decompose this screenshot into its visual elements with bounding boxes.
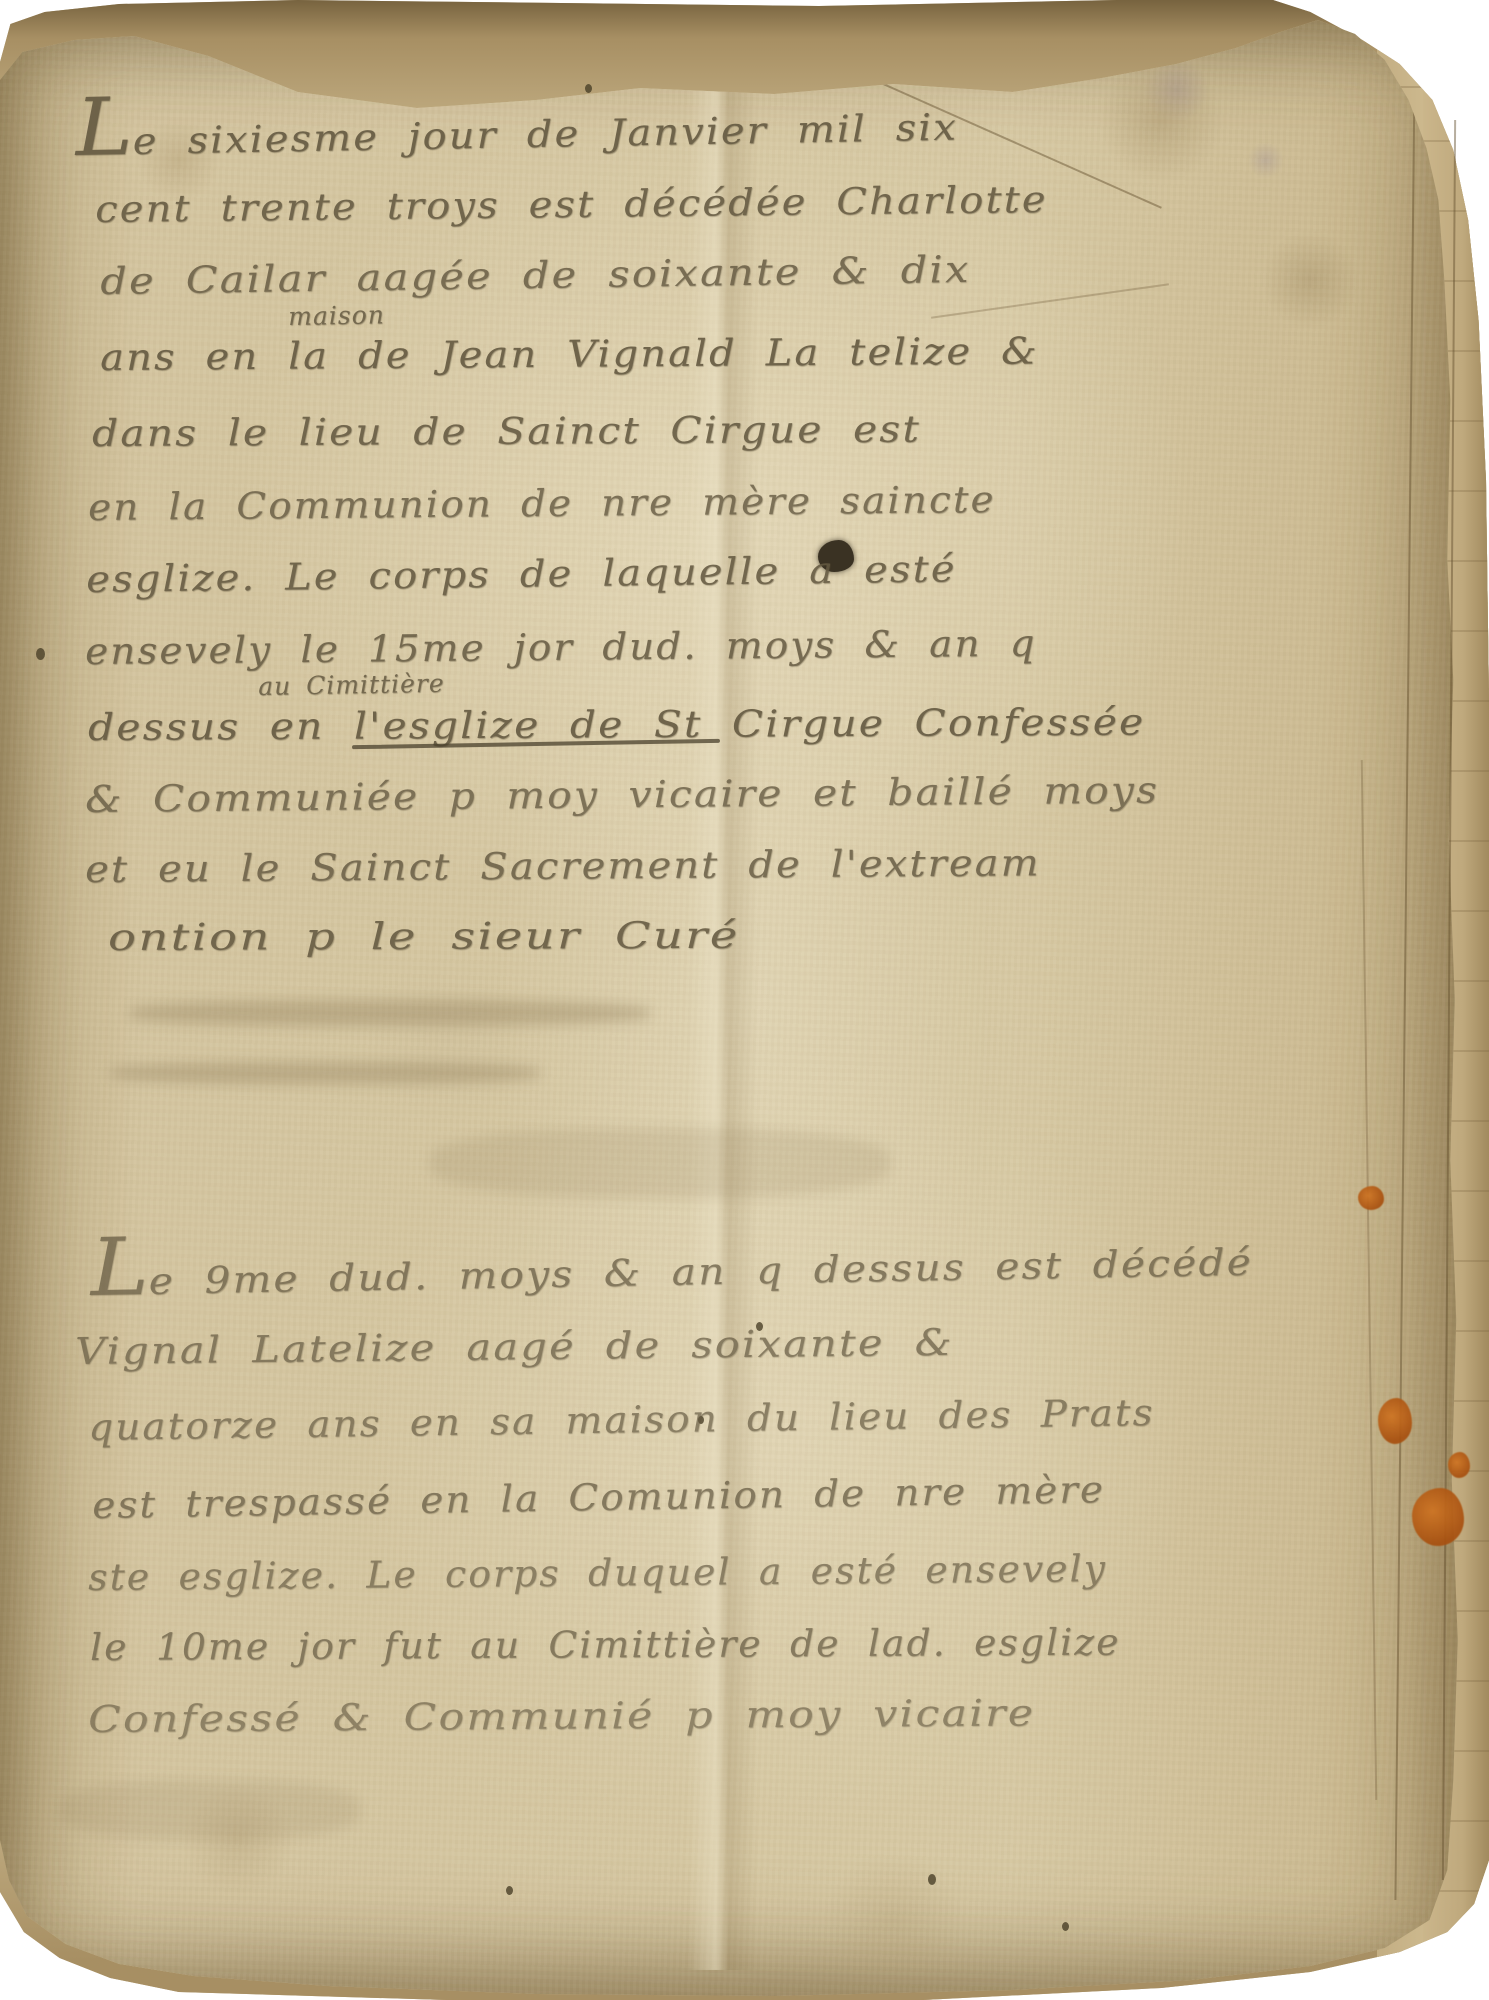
- manuscript-line: et eu le Sainct Sacrement de l'extream: [85, 841, 1041, 891]
- manuscript-scan: Le sixiesme jour de Janvier mil six cent…: [0, 0, 1489, 2000]
- manuscript-line: Le sixiesme jour de Janvier mil six: [75, 85, 958, 164]
- manuscript-line: Vignal Latelize aagé de soixante &: [75, 1321, 954, 1373]
- manuscript-line: dans le lieu de Sainct Cirgue est: [92, 408, 921, 455]
- manuscript-line: ans en la de Jean Vignald La telize &: [100, 329, 1039, 379]
- interlinear-insertion: maison: [288, 300, 385, 331]
- manuscript-line: ontion p le sieur Curé: [108, 914, 740, 959]
- manuscript-line: cent trente troys est décédée Charlotte: [95, 178, 1048, 231]
- manuscript-line: de Cailar aagée de soixante & dix: [100, 248, 971, 303]
- manuscript-line: Confessé & Communié p moy vicaire: [88, 1691, 1035, 1741]
- handwriting-layer: Le sixiesme jour de Janvier mil six cent…: [0, 0, 1489, 2000]
- manuscript-line: est trespassé en la Comunion de nre mère: [92, 1468, 1105, 1527]
- manuscript-line: ensevely le 15me jor dud. moys & an q: [85, 622, 1037, 673]
- manuscript-line: Le 9me dud. moys & an q dessus est décéd…: [90, 1220, 1253, 1304]
- manuscript-line: en la Communion de nre mère saincte: [88, 478, 996, 529]
- manuscript-line: quatorze ans en sa maison du lieu des Pr…: [88, 1391, 1155, 1449]
- manuscript-line: esglize. Le corps de laquelle a esté: [86, 547, 957, 601]
- manuscript-line: le 10me jor fut au Cimittière de lad. es…: [90, 1621, 1121, 1669]
- manuscript-line: ste esglize. Le corps duquel a esté ense…: [88, 1547, 1107, 1599]
- interlinear-insertion: au Cimittière: [258, 669, 445, 701]
- manuscript-line: & Communiée p moy vicaire et baillé moys: [85, 769, 1159, 821]
